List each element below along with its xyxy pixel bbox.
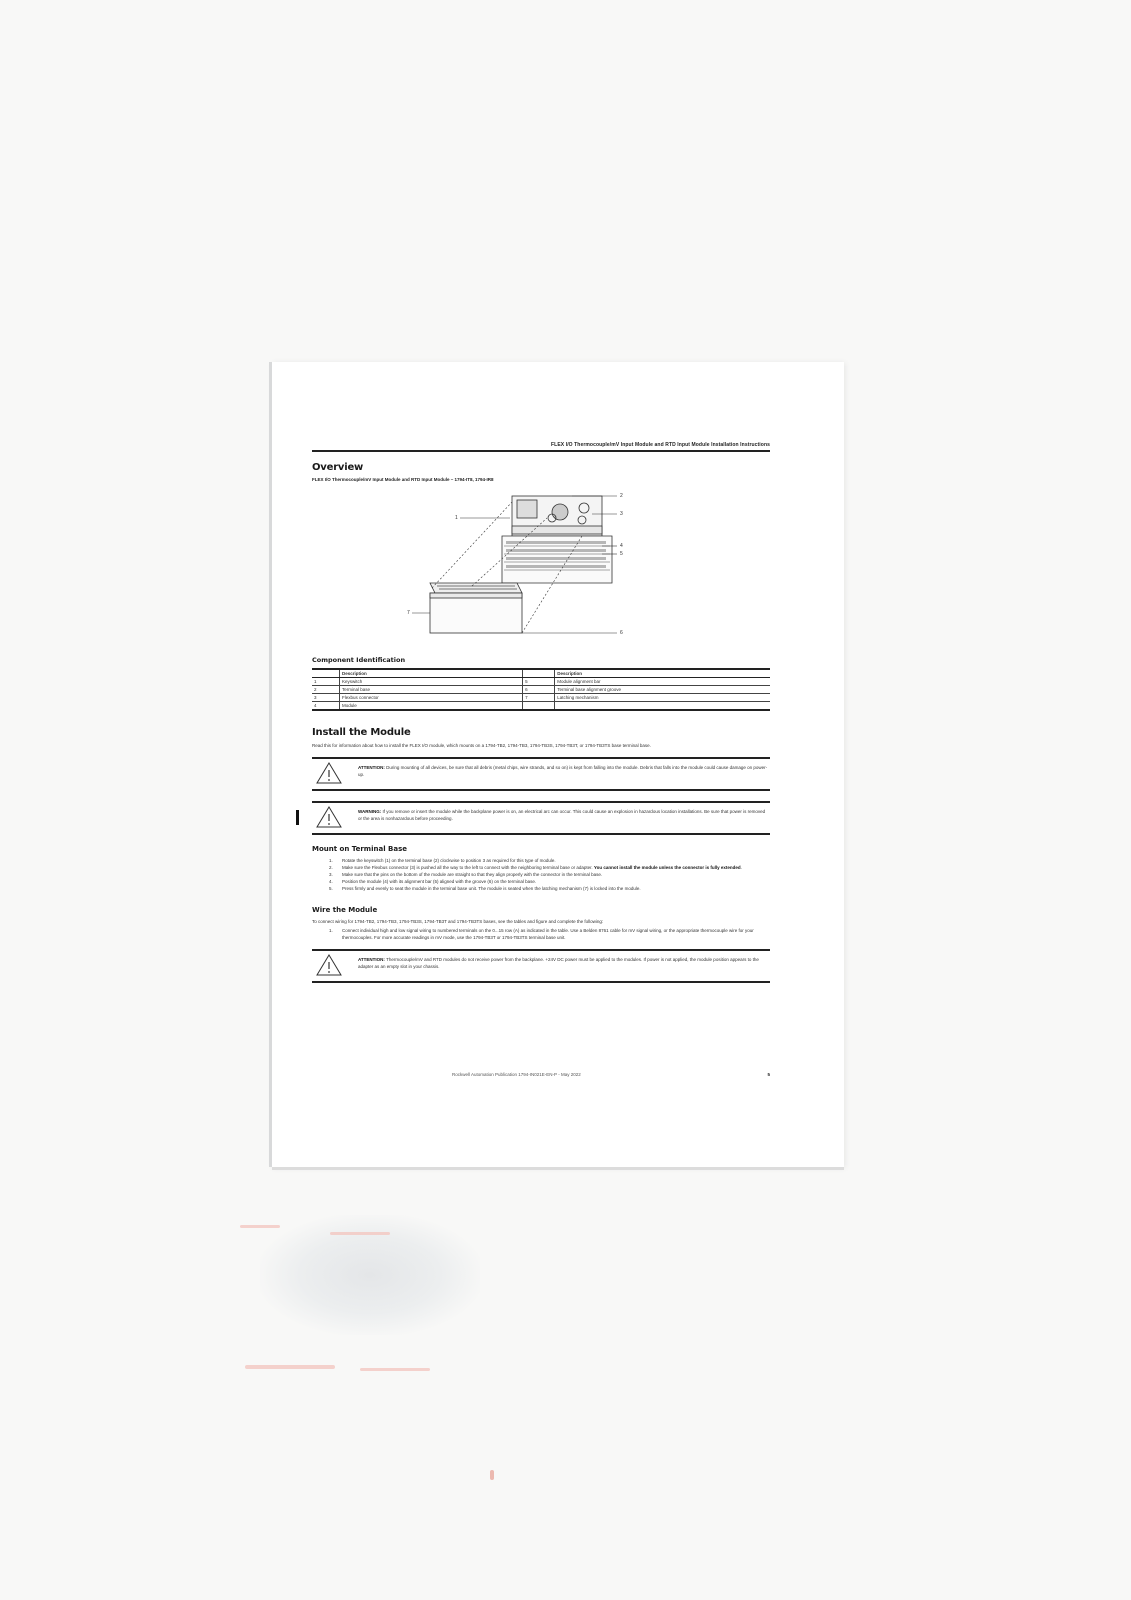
mount-heading: Mount on Terminal Base <box>312 845 770 853</box>
component-identification-heading: Component Identification <box>312 656 770 664</box>
callout-2: 2 <box>620 493 623 499</box>
change-bar <box>296 810 299 825</box>
warning-triangle-icon <box>316 762 342 784</box>
figure-title: FLEX I/O Thermocouple/mV Input Module an… <box>312 477 770 482</box>
warning-label: WARNING: <box>358 809 381 814</box>
module-diagram <box>312 488 770 648</box>
warning-triangle-icon <box>316 954 342 976</box>
callout-7: 7 <box>407 610 410 616</box>
list-item: Make sure that the pins on the bottom of… <box>334 871 770 878</box>
warning-text: If you remove or insert the module while… <box>358 809 765 821</box>
scan-speck <box>360 1368 430 1371</box>
list-item: Make sure the Flexbus connector (3) is p… <box>334 864 770 871</box>
warning-notice: WARNING: If you remove or insert the mod… <box>312 801 770 835</box>
attention-label: ATTENTION: <box>358 765 385 770</box>
overview-heading: Overview <box>312 462 770 473</box>
page-number: 5 <box>767 1072 770 1077</box>
wire-heading: Wire the Module <box>312 906 770 914</box>
running-header: FLEX I/O Thermocouple/mV Input Module an… <box>312 442 770 452</box>
table-row: 3 Flexbus connector 7 Latching mechanism <box>312 694 770 702</box>
callout-4: 4 <box>620 543 623 549</box>
publication-id: Rockwell Automation Publication 1794-IN0… <box>452 1072 581 1077</box>
wire-steps: Connect individual high and low signal w… <box>312 927 770 941</box>
list-item: Connect individual high and low signal w… <box>334 927 770 941</box>
wire-intro: To connect wiring for 1794-TB2, 1794-TB3… <box>312 918 770 925</box>
list-item: Position the module (4) with its alignme… <box>334 878 770 885</box>
attention-label: ATTENTION: <box>358 957 385 962</box>
callout-1: 1 <box>455 515 458 521</box>
attention-notice: ATTENTION: During mounting of all device… <box>312 757 770 791</box>
document-page: FLEX I/O Thermocouple/mV Input Module an… <box>272 362 844 1167</box>
table-row: 1 Keyswitch 5 Module alignment bar <box>312 678 770 686</box>
callout-6: 6 <box>620 630 623 636</box>
table-row: 2 Terminal base 6 Terminal base alignmen… <box>312 686 770 694</box>
warning-triangle-icon <box>316 806 342 828</box>
install-heading: Install the Module <box>312 727 770 738</box>
scan-speck <box>240 1225 280 1228</box>
list-item: Press firmly and evenly to seat the modu… <box>334 885 770 892</box>
table-row: 4 Module <box>312 702 770 711</box>
module-exploded-figure: 1 2 3 4 5 6 7 <box>312 488 770 648</box>
scan-speck <box>330 1232 390 1235</box>
install-intro: Read this for information about how to i… <box>312 742 770 749</box>
callout-3: 3 <box>620 511 623 517</box>
scan-speck <box>490 1470 494 1480</box>
callout-5: 5 <box>620 551 623 557</box>
component-table: Description Description 1 Keyswitch 5 Mo… <box>312 668 770 711</box>
attention-text: During mounting of all devices, be sure … <box>358 765 767 777</box>
list-item: Rotate the keyswitch (1) on the terminal… <box>334 857 770 864</box>
col-description: Description <box>555 669 770 678</box>
scan-speck <box>245 1365 335 1369</box>
attention-notice-power: ATTENTION: Thermocouple/mV and RTD modul… <box>312 949 770 983</box>
col-description: Description <box>339 669 522 678</box>
mount-steps: Rotate the keyswitch (1) on the terminal… <box>312 857 770 892</box>
attention-text: Thermocouple/mV and RTD modules do not r… <box>358 957 759 969</box>
